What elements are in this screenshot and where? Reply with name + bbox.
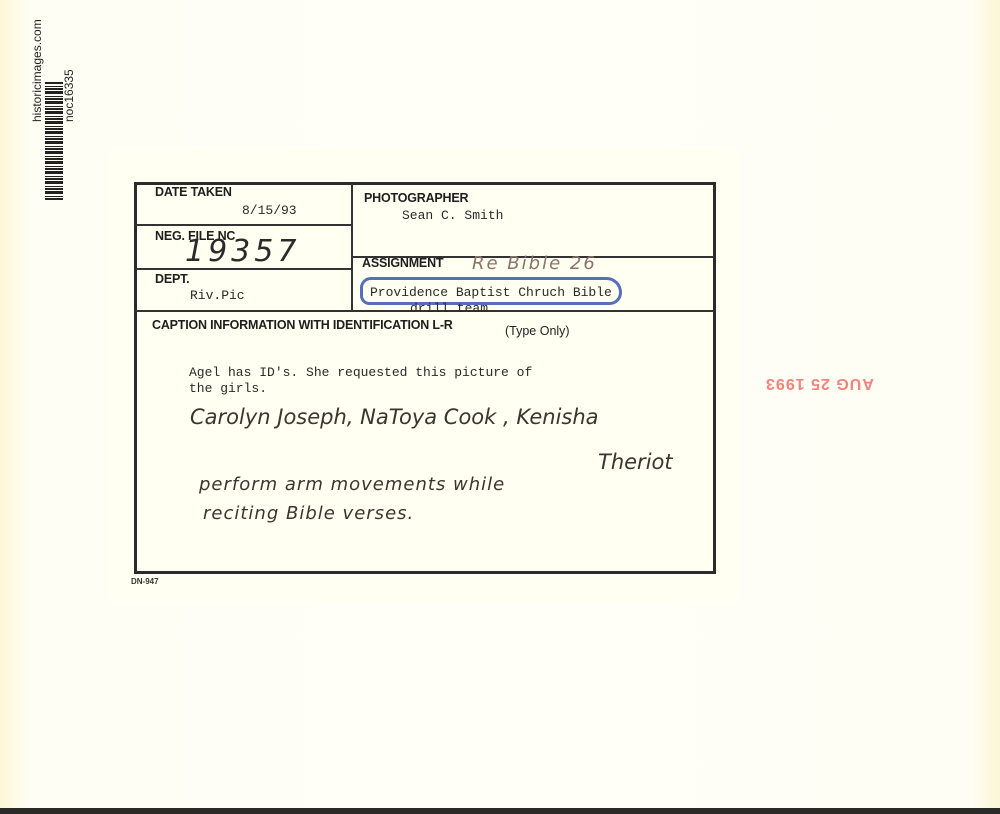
caption-typed-line2: the girls. — [189, 381, 267, 396]
photographer-value: Sean C. Smith — [402, 208, 503, 223]
caption-hand-line3: perform arm movements while — [199, 474, 505, 495]
caption-hand-line1: Carolyn Joseph, NaToya Cook , Kenisha — [190, 405, 599, 429]
photographer-label: PHOTOGRAPHER — [364, 191, 468, 205]
scanned-page: historicimages.com noc16335 DATE TAKEN 8… — [0, 0, 1000, 808]
neg-file-value: 19357 — [185, 234, 300, 269]
assignment-label: ASSIGNMENT — [362, 256, 443, 270]
caption-hand-line2: Theriot — [598, 450, 673, 474]
caption-label: CAPTION INFORMATION WITH IDENTIFICATION … — [152, 318, 453, 332]
date-taken-value: 8/15/93 — [242, 203, 297, 218]
watermark-site: historicimages.com — [30, 19, 44, 122]
caption-typed-line1: Agel has ID's. She requested this pictur… — [189, 365, 532, 380]
divider — [351, 183, 353, 311]
barcode-icon — [45, 82, 63, 200]
caption-sublabel: (Type Only) — [505, 324, 570, 338]
watermark-id: noc16335 — [62, 69, 76, 122]
assignment-line2: drill team — [410, 301, 488, 316]
dept-value: Riv.Pic — [190, 288, 245, 303]
dept-label: DEPT. — [155, 272, 189, 286]
form-code: DN-947 — [131, 577, 159, 586]
assignment-handwritten: Re Bible 26 — [472, 253, 597, 274]
assignment-line1: Providence Baptist Chruch Bible — [370, 285, 612, 300]
divider — [135, 224, 352, 226]
scan-edge — [0, 808, 1000, 814]
date-stamp: AUG 25 1993 — [765, 374, 874, 392]
caption-hand-line4: reciting Bible verses. — [203, 503, 414, 524]
date-taken-label: DATE TAKEN — [155, 185, 232, 199]
